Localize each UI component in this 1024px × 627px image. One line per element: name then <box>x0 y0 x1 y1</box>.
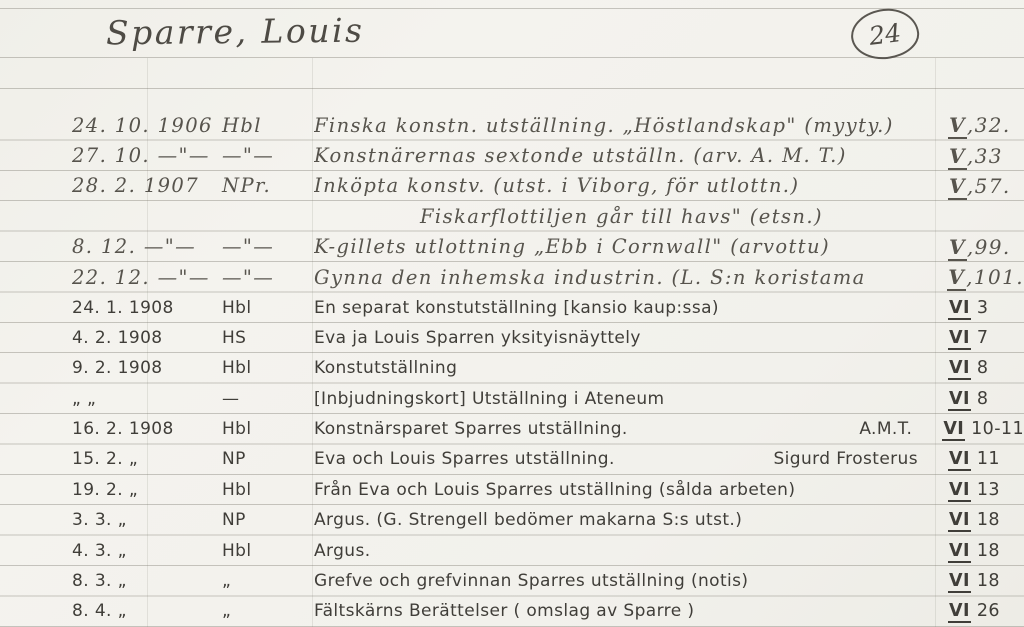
entry-row: 3. 3. „NPArgus. (G. Strengell bedömer ma… <box>0 505 1024 535</box>
entry-reference: V,101. <box>937 265 1024 289</box>
entry-row: 27. 10. —"——"—Konstnärernas sextonde uts… <box>0 140 1024 170</box>
entry-description: Finska konstn. utställning. „Höstlandska… <box>314 114 894 137</box>
entry-date: 4. 2. 1908 <box>72 328 214 348</box>
entry-ref-volume: V <box>947 265 966 291</box>
entry-ref-volume: VI <box>948 328 971 350</box>
entry-text: Fiskarflottiljen går till havs" (etsn.) <box>314 205 938 228</box>
entry-description: Argus. (G. Strengell bedömer makarna S:s… <box>314 510 742 530</box>
entry-source: Hbl <box>214 419 314 439</box>
page-number-badge: 24 <box>848 5 922 63</box>
entry-ref-page: ,32. <box>967 113 1011 137</box>
entry-row: 9. 2. 1908HblKonstutställningVI 8 <box>0 353 1024 383</box>
entry-ref-volume: VI <box>948 480 971 502</box>
entry-row: 8. 4. „„Fältskärns Berättelser ( omslag … <box>0 596 1024 626</box>
entry-reference: VI 26 <box>938 601 1024 621</box>
entry-description: Inköpta konstv. (utst. i Viborg, för utl… <box>314 174 799 197</box>
entry-description: Konstnärernas sextonde utställn. (arv. A… <box>314 144 847 167</box>
entry-text: Från Eva och Louis Sparres utställning (… <box>314 480 938 500</box>
entry-date: 24. 10. 1906 <box>72 114 214 137</box>
entry-source: —"— <box>214 235 314 258</box>
entry-date: 16. 2. 1908 <box>72 419 214 439</box>
entry-description: Gynna den inhemska industrin. (L. S:n ko… <box>314 266 866 289</box>
entry-ref-page: 18 <box>971 510 1000 530</box>
entry-text: En separat konstutställning [kansio kaup… <box>314 298 938 318</box>
entry-ref-volume: VI <box>948 541 971 563</box>
entry-ref-volume: VI <box>948 601 971 623</box>
entry-source: Hbl <box>214 358 314 378</box>
entry-ref-volume: V <box>948 235 967 261</box>
entry-date: 8. 3. „ <box>72 571 214 591</box>
entry-description: Konstutställning <box>314 358 457 378</box>
entry-row: 8. 3. „„Grefve och grefvinnan Sparres ut… <box>0 566 1024 596</box>
entry-reference: VI 18 <box>938 541 1024 561</box>
entry-text: Gynna den inhemska industrin. (L. S:n ko… <box>314 266 937 289</box>
entry-source: NP <box>214 510 314 530</box>
entry-annotation: Sigurd Frosterus <box>773 449 932 469</box>
entry-ref-volume: VI <box>948 571 971 593</box>
entry-text: Konstnärernas sextonde utställn. (arv. A… <box>314 144 938 167</box>
entry-text: [Inbjudningskort] Utställning i Ateneum <box>314 389 938 409</box>
entry-row: 8. 12. —"——"—K-gillets utlottning „Ebb i… <box>0 232 1024 262</box>
entries: 24. 10. 1906HblFinska konstn. utställnin… <box>0 110 1024 627</box>
entry-source: Hbl <box>214 480 314 500</box>
entry-date: „ „ <box>72 389 214 409</box>
entry-reference: VI 10-11 <box>932 419 1024 439</box>
entry-reference: VI 8 <box>938 358 1024 378</box>
entry-description: Argus. <box>314 541 371 561</box>
entry-ref-volume: VI <box>948 449 971 471</box>
entry-description: Fiskarflottiljen går till havs" (etsn.) <box>420 205 823 228</box>
entry-ref-page: 8 <box>971 389 989 409</box>
scanned-ledger-page: Sparre, Louis 24 24. 10. 1906HblFinska k… <box>0 0 1024 627</box>
entry-ref-volume: V <box>948 174 967 200</box>
entry-description: Eva och Louis Sparres utställning. <box>314 449 615 469</box>
entry-text: Argus. <box>314 541 938 561</box>
entry-ref-page: 18 <box>971 541 1000 561</box>
entry-description: En separat konstutställning [kansio kaup… <box>314 298 719 318</box>
entry-source: —"— <box>214 266 314 289</box>
entry-row: 15. 2. „NPEva och Louis Sparres utställn… <box>0 444 1024 474</box>
entry-date: 8. 12. —"— <box>72 235 214 258</box>
entry-ref-page: ,57. <box>967 174 1011 198</box>
entry-reference: VI 11 <box>938 449 1024 469</box>
entry-reference: V,32. <box>938 113 1024 137</box>
entry-description: Grefve och grefvinnan Sparres utställnin… <box>314 571 748 591</box>
entry-source: Hbl <box>214 114 314 137</box>
entry-text: Konstutställning <box>314 358 938 378</box>
entry-ref-page: 10-11 <box>965 419 1024 439</box>
entry-ref-page: ,33 <box>967 144 1003 168</box>
entry-ref-volume: VI <box>948 389 971 411</box>
entry-description: [Inbjudningskort] Utställning i Ateneum <box>314 389 664 409</box>
entry-reference: VI 7 <box>938 328 1024 348</box>
entry-text: K-gillets utlottning „Ebb i Cornwall" (a… <box>314 235 938 258</box>
entry-text: Inköpta konstv. (utst. i Viborg, för utl… <box>314 174 938 197</box>
entry-ref-page: 11 <box>971 449 1000 469</box>
entry-date: 3. 3. „ <box>72 510 214 530</box>
entry-date: 22. 12. —"— <box>72 266 214 289</box>
entry-ref-page: 18 <box>971 571 1000 591</box>
entry-reference: VI 3 <box>938 298 1024 318</box>
entry-description: Eva ja Louis Sparren yksityisnäyttely <box>314 328 641 348</box>
entry-ref-page: 3 <box>971 298 989 318</box>
entry-date: 24. 1. 1908 <box>72 298 214 318</box>
entry-date: 9. 2. 1908 <box>72 358 214 378</box>
entry-ref-page: 8 <box>971 358 989 378</box>
page-number: 24 <box>867 18 902 51</box>
entry-date: 19. 2. „ <box>72 480 214 500</box>
entry-date: 4. 3. „ <box>72 541 214 561</box>
entry-description: K-gillets utlottning „Ebb i Cornwall" (a… <box>314 235 830 258</box>
entry-row: 22. 12. —"——"—Gynna den inhemska industr… <box>0 262 1024 292</box>
entry-ref-page: ,99. <box>967 235 1011 259</box>
entry-row: 24. 10. 1906HblFinska konstn. utställnin… <box>0 110 1024 140</box>
entry-reference: VI 13 <box>938 480 1024 500</box>
page-title: Sparre, Louis <box>106 11 365 53</box>
entry-text: Fältskärns Berättelser ( omslag av Sparr… <box>314 601 938 621</box>
entry-source: HS <box>214 328 314 348</box>
entry-date: 8. 4. „ <box>72 601 214 621</box>
entry-reference: V,33 <box>938 144 1024 168</box>
entry-ref-page: 26 <box>971 601 1000 621</box>
entry-ref-page: 7 <box>971 328 989 348</box>
entry-reference: VI 18 <box>938 510 1024 530</box>
entry-ref-volume: VI <box>948 298 971 320</box>
entry-source: „ <box>214 571 314 591</box>
entry-row: 16. 2. 1908HblKonstnärsparet Sparres uts… <box>0 414 1024 444</box>
entry-source: —"— <box>214 144 314 167</box>
entry-date: 15. 2. „ <box>72 449 214 469</box>
entry-source: NP <box>214 449 314 469</box>
entry-reference: V,57. <box>938 174 1024 198</box>
entry-row: Fiskarflottiljen går till havs" (etsn.) <box>0 201 1024 231</box>
entry-ref-volume: VI <box>942 419 965 441</box>
entry-text: Argus. (G. Strengell bedömer makarna S:s… <box>314 510 938 530</box>
entry-row: 28. 2. 1907NPr.Inköpta konstv. (utst. i … <box>0 171 1024 201</box>
entry-ref-volume: VI <box>948 510 971 532</box>
entry-row: 19. 2. „HblFrån Eva och Louis Sparres ut… <box>0 475 1024 505</box>
entry-source: „ <box>214 601 314 621</box>
entry-date: 27. 10. —"— <box>72 144 214 167</box>
entry-ref-page: ,101. <box>966 265 1024 289</box>
entry-text: Eva och Louis Sparres utställning.Sigurd… <box>314 449 938 469</box>
entry-description: Från Eva och Louis Sparres utställning (… <box>314 480 795 500</box>
entry-description: Fältskärns Berättelser ( omslag av Sparr… <box>314 601 694 621</box>
entry-ref-volume: V <box>948 113 967 139</box>
entry-row: 4. 3. „HblArgus.VI 18 <box>0 535 1024 565</box>
entry-row: 24. 1. 1908HblEn separat konstutställnin… <box>0 292 1024 322</box>
ruled-line <box>0 8 1024 9</box>
entry-text: Eva ja Louis Sparren yksityisnäyttely <box>314 328 938 348</box>
entry-ref-page: 13 <box>971 480 1000 500</box>
entry-annotation: A.M.T. <box>859 419 926 439</box>
entry-row: „ „—[Inbjudningskort] Utställning i Aten… <box>0 384 1024 414</box>
entry-row: 4. 2. 1908HSEva ja Louis Sparren yksityi… <box>0 323 1024 353</box>
entry-ref-volume: V <box>948 144 967 170</box>
entry-reference: VI 18 <box>938 571 1024 591</box>
entry-text: Grefve och grefvinnan Sparres utställnin… <box>314 571 938 591</box>
entry-source: Hbl <box>214 541 314 561</box>
ruled-line <box>0 88 1024 89</box>
entry-source: Hbl <box>214 298 314 318</box>
entry-text: Finska konstn. utställning. „Höstlandska… <box>314 114 938 137</box>
entry-ref-volume: VI <box>948 358 971 380</box>
entry-source: NPr. <box>214 174 314 197</box>
entry-date: 28. 2. 1907 <box>72 174 214 197</box>
entry-reference: VI 8 <box>938 389 1024 409</box>
entry-reference: V,99. <box>938 235 1024 259</box>
entry-text: Konstnärsparet Sparres utställning.A.M.T… <box>314 419 932 439</box>
entry-description: Konstnärsparet Sparres utställning. <box>314 419 628 439</box>
entry-source: — <box>214 389 314 409</box>
